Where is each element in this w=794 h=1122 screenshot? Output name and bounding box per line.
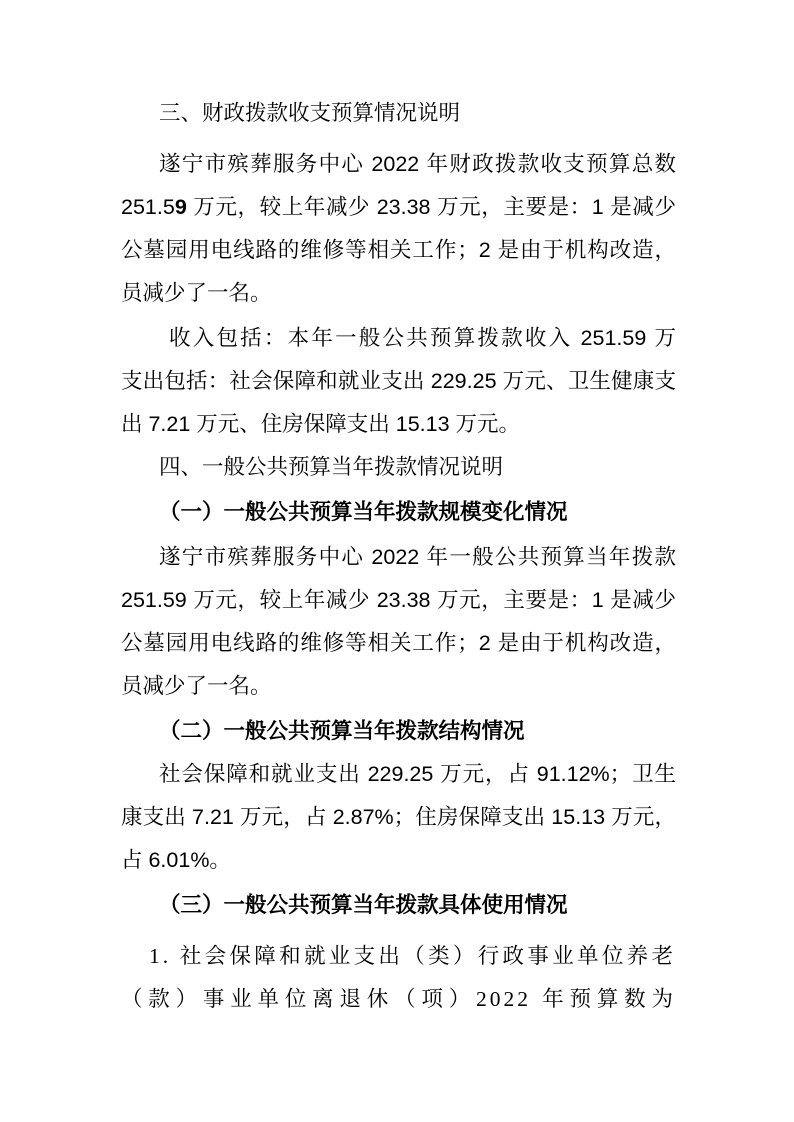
para-line: 公墓园用电线路的维修等相关工作；2 是由于机构改造，人 — [121, 229, 676, 272]
para-line: 社会保障和就业支出 229.25 万元，占 91.12%；卫生健 — [121, 753, 676, 796]
para-text: 万元，较上年减少 23.38 万元，主要是：1 是减少了 — [121, 195, 676, 229]
para-line: 遂宁市殡葬服务中心 2022 年一般公共预算当年拨款 — [121, 536, 676, 579]
subheading-4-1: （一）一般公共预算当年拨款规模变化情况 — [121, 491, 676, 534]
para-line: 员减少了一名。 — [121, 272, 676, 315]
para-line: 收入包括：本年一般公共预算拨款收入 251.59 万元； — [121, 317, 676, 360]
para-line: 占 6.01%。 — [121, 839, 676, 882]
heading-section-four: 四、一般公共预算当年拨款情况说明 — [121, 446, 676, 489]
para-line: 出 7.21 万元、住房保障支出 15.13 万元。 — [121, 403, 676, 446]
para-line: 1. 社会保障和就业支出（类）行政事业单位养老支出 — [121, 935, 676, 978]
amount-bold-digit: 9 — [175, 195, 187, 219]
para-line: 遂宁市殡葬服务中心 2022 年财政拨款收支预算总数 — [121, 143, 676, 186]
para-line: 251.59 万元，较上年减少 23.38 万元，主要是：1 是减少了 — [121, 186, 676, 229]
document-page: 三、财政拨款收支预算情况说明 遂宁市殡葬服务中心 2022 年财政拨款收支预算总… — [0, 0, 794, 1122]
subheading-4-2: （二）一般公共预算当年拨款结构情况 — [121, 710, 676, 753]
para-line: 支出包括：社会保障和就业支出 229.25 万元、卫生健康支 — [121, 360, 676, 403]
para-line: （款）事业单位离退休（项）2022 年预算数为 2.41 万元， — [121, 978, 676, 1021]
subheading-4-3: （三）一般公共预算当年拨款具体使用情况 — [121, 884, 676, 927]
para-line: 员减少了一名。 — [121, 665, 676, 708]
para-line: 公墓园用电线路的维修等相关工作；2 是由于机构改造，人 — [121, 622, 676, 665]
document-content: 三、财政拨款收支预算情况说明 遂宁市殡葬服务中心 2022 年财政拨款收支预算总… — [121, 92, 676, 1021]
para-line: 康支出 7.21 万元，占 2.87%；住房保障支出 15.13 万元， — [121, 796, 676, 839]
para-line: 251.59 万元，较上年减少 23.38 万元，主要是：1 是减少了 — [121, 579, 676, 622]
amount-prefix: 251.5 — [121, 195, 175, 219]
heading-section-three: 三、财政拨款收支预算情况说明 — [121, 92, 676, 135]
